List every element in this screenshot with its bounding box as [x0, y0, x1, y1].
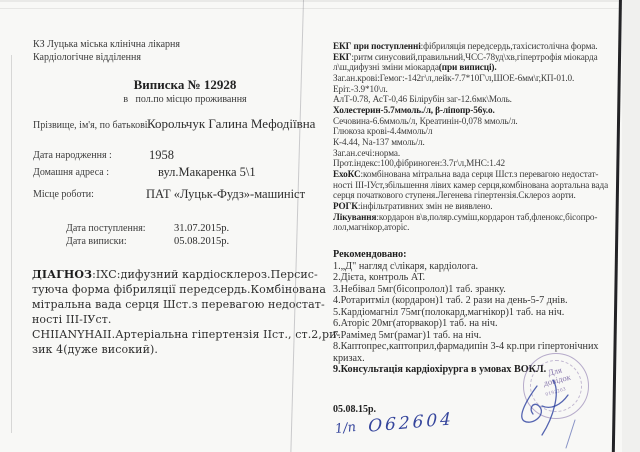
- document-title: Виписка № 12928: [40, 77, 330, 93]
- text-line: 2.Дієта, контроль АТ.: [333, 272, 635, 284]
- text-line: туюча форма фібриляції передсердь.Комбін…: [32, 282, 328, 297]
- hospital-name-block: КЗ Луцька міська клінічна лікарня Кардіо…: [33, 38, 180, 64]
- text-line: 8.Каптопрес,каптоприл,фармадипін 3-4 кр.…: [333, 341, 635, 353]
- birth-date-value: 1958: [149, 148, 174, 163]
- text-line: К-4.44, Na-137 ммоль/л.: [333, 137, 625, 148]
- text-line: 4.Ротаритміл (кордарон)1 таб. 2 рази на …: [333, 295, 635, 307]
- text-line: ЕхоКС:комбінована мітральна вада серця Ш…: [333, 169, 625, 180]
- text-line: зик 4(дуже високий).: [32, 342, 328, 357]
- recommendations-block: Рекомендовано:1.„Д" нагляд с\лікаря, кар…: [333, 249, 635, 376]
- text-line: СНІІАNYНАІІ.Артеріальна гіпертензія ІІст…: [32, 327, 328, 342]
- scan-top-edge: [0, 0, 640, 2]
- patient-name-value: Корольчук Галина Мефодіївна: [147, 116, 315, 132]
- text-line: ності ІІІ-ІУст,збільшення лівих камер се…: [333, 180, 625, 191]
- text-line: лол,магнікор,аторіс.: [333, 222, 625, 233]
- text-line: 6.Аторіс 20мг(аторвакор)1 таб. на ніч.: [333, 318, 635, 330]
- address-value: вул.Макаренка 5\1: [158, 165, 256, 180]
- text-line: Глюкоза крові-4.4ммоль/л: [333, 126, 625, 137]
- text-line: Рекомендовано:: [333, 249, 635, 261]
- text-line: л\ш,дифузні зміни міокарда(при виписці).: [333, 62, 625, 73]
- text-line: ДІАГНОЗ:ІХС:дифузний кардіосклероз.Перси…: [32, 267, 328, 282]
- text-line: 3.Небівал 5мг(бісопролол)1 таб. зранку.: [333, 284, 635, 296]
- text-line: Холестерин-5.7ммоль./л, β-ліпопр-56у.о.: [333, 105, 625, 116]
- issue-date: 05.08.15р.: [333, 404, 376, 415]
- text-line: Заг.ан.сечі:норма.: [333, 148, 625, 159]
- handwritten-code: 1/п: [334, 420, 356, 437]
- text-line: 1.„Д" нагляд с\лікаря, кардіолога.: [333, 261, 635, 273]
- department-name: Кардіологічне відділення: [33, 51, 180, 64]
- handwritten-number: О62604: [368, 409, 454, 437]
- text-line: 7.Рамімед 5мг(рамаг)1 таб. на ніч.: [333, 330, 635, 342]
- address-label: Домашня адреса :: [33, 167, 109, 178]
- admission-date-value: 31.07.2015р.: [174, 223, 229, 234]
- text-line: Лікування:кордарон в\в,поляр.суміш,корда…: [333, 212, 625, 223]
- workplace-label: Місце роботи:: [33, 189, 94, 200]
- text-line: РОГК:інфільтративних змін не виявлено.: [333, 201, 625, 212]
- text-line: Прот.індекс:100,фібриноген:3.7г\л,МНС:1.…: [333, 158, 625, 169]
- text-line: Еріт.-3.9*10\л.: [333, 84, 625, 95]
- patient-name-label: Прізвище, ім'я, по батькові:: [33, 120, 150, 131]
- birth-date-label: Дата народження :: [33, 150, 112, 161]
- text-line: серця початкового ступеня.Легенева гіпер…: [333, 190, 625, 201]
- discharge-date-value: 05.08.2015р.: [174, 236, 229, 247]
- text-line: АлТ-0.78, АсТ-0,46 Білірубін заг-12.6мк\…: [333, 94, 625, 105]
- pen-signature: [495, 360, 625, 452]
- text-line: Сечовина-6.6ммоль/л, Креатинін-0,078 ммо…: [333, 116, 625, 127]
- text-line: ності ІІІ-ІУст.: [32, 312, 328, 327]
- discharge-date-label: Дата виписки:: [66, 236, 127, 247]
- diagnosis-block: ДІАГНОЗ:ІХС:дифузний кардіосклероз.Перси…: [32, 267, 328, 357]
- text-line: ЕКГ при поступленні:фібриляція передсерд…: [333, 41, 625, 52]
- lab-results-block: ЕКГ при поступленні:фібриляція передсерд…: [333, 41, 625, 233]
- text-line: 5.Кардіомагніл 75мг(полокард,магнікор)1 …: [333, 307, 635, 319]
- document-subtitle: в пол.по місцю проживання: [40, 94, 330, 105]
- scanned-discharge-document: КЗ Луцька міська клінічна лікарня Кардіо…: [0, 0, 640, 452]
- paper-left-edge: [11, 55, 12, 433]
- text-line: ЕКГ:ритм синусовий,правильний,ЧСС-78уд\х…: [333, 52, 625, 63]
- page-fold-line: [290, 0, 304, 452]
- text-line: Заг.ан.крові:Гемог:-142г\л,лейк-7.7*10Г\…: [333, 73, 625, 84]
- workplace-value: ПАТ «Луцьк-Фудз»-машиніст: [146, 187, 305, 202]
- scan-top-hairline: [0, 8, 640, 9]
- admission-date-label: Дата поступлення:: [66, 223, 146, 234]
- hospital-name: КЗ Луцька міська клінічна лікарня: [33, 38, 180, 51]
- text-line: мітральна вада серця Шст.з перевагою нед…: [32, 297, 328, 312]
